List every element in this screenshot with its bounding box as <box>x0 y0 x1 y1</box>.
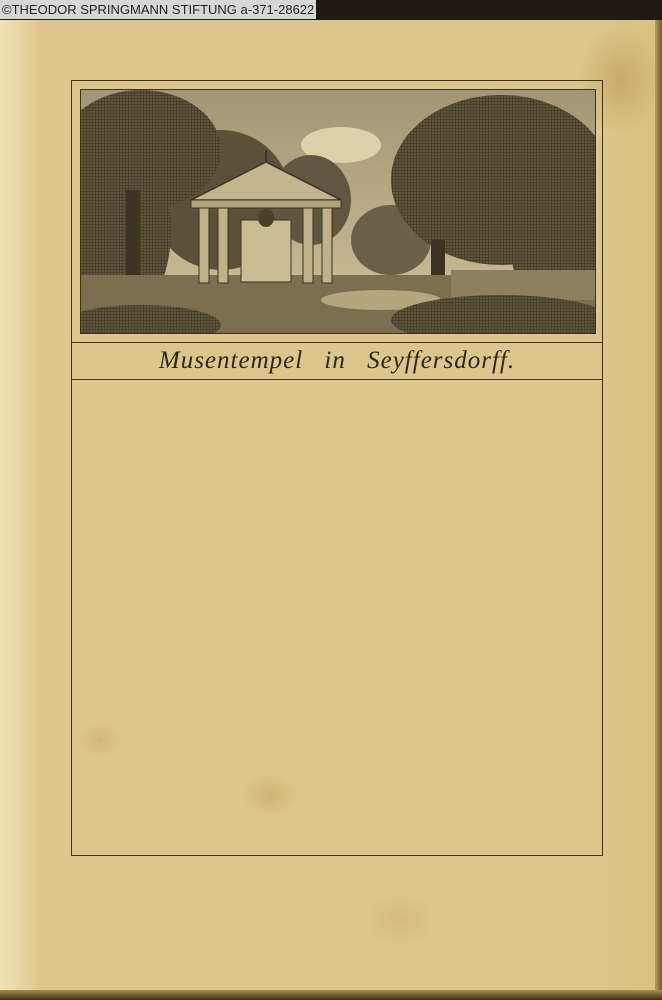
temple-landscape-icon <box>81 90 596 334</box>
engraving-illustration <box>80 89 596 334</box>
blank-text-box <box>71 380 603 856</box>
page-bottom-edge <box>0 990 662 1000</box>
page-right-edge <box>655 20 662 1000</box>
copyright-watermark: ©THEODOR SPRINGMANN STIFTUNG a-371-28622 <box>0 0 316 19</box>
caption-band: Musentempel in Seyffersdorff. <box>71 342 603 380</box>
plate-caption: Musentempel in Seyffersdorff. <box>159 347 515 375</box>
